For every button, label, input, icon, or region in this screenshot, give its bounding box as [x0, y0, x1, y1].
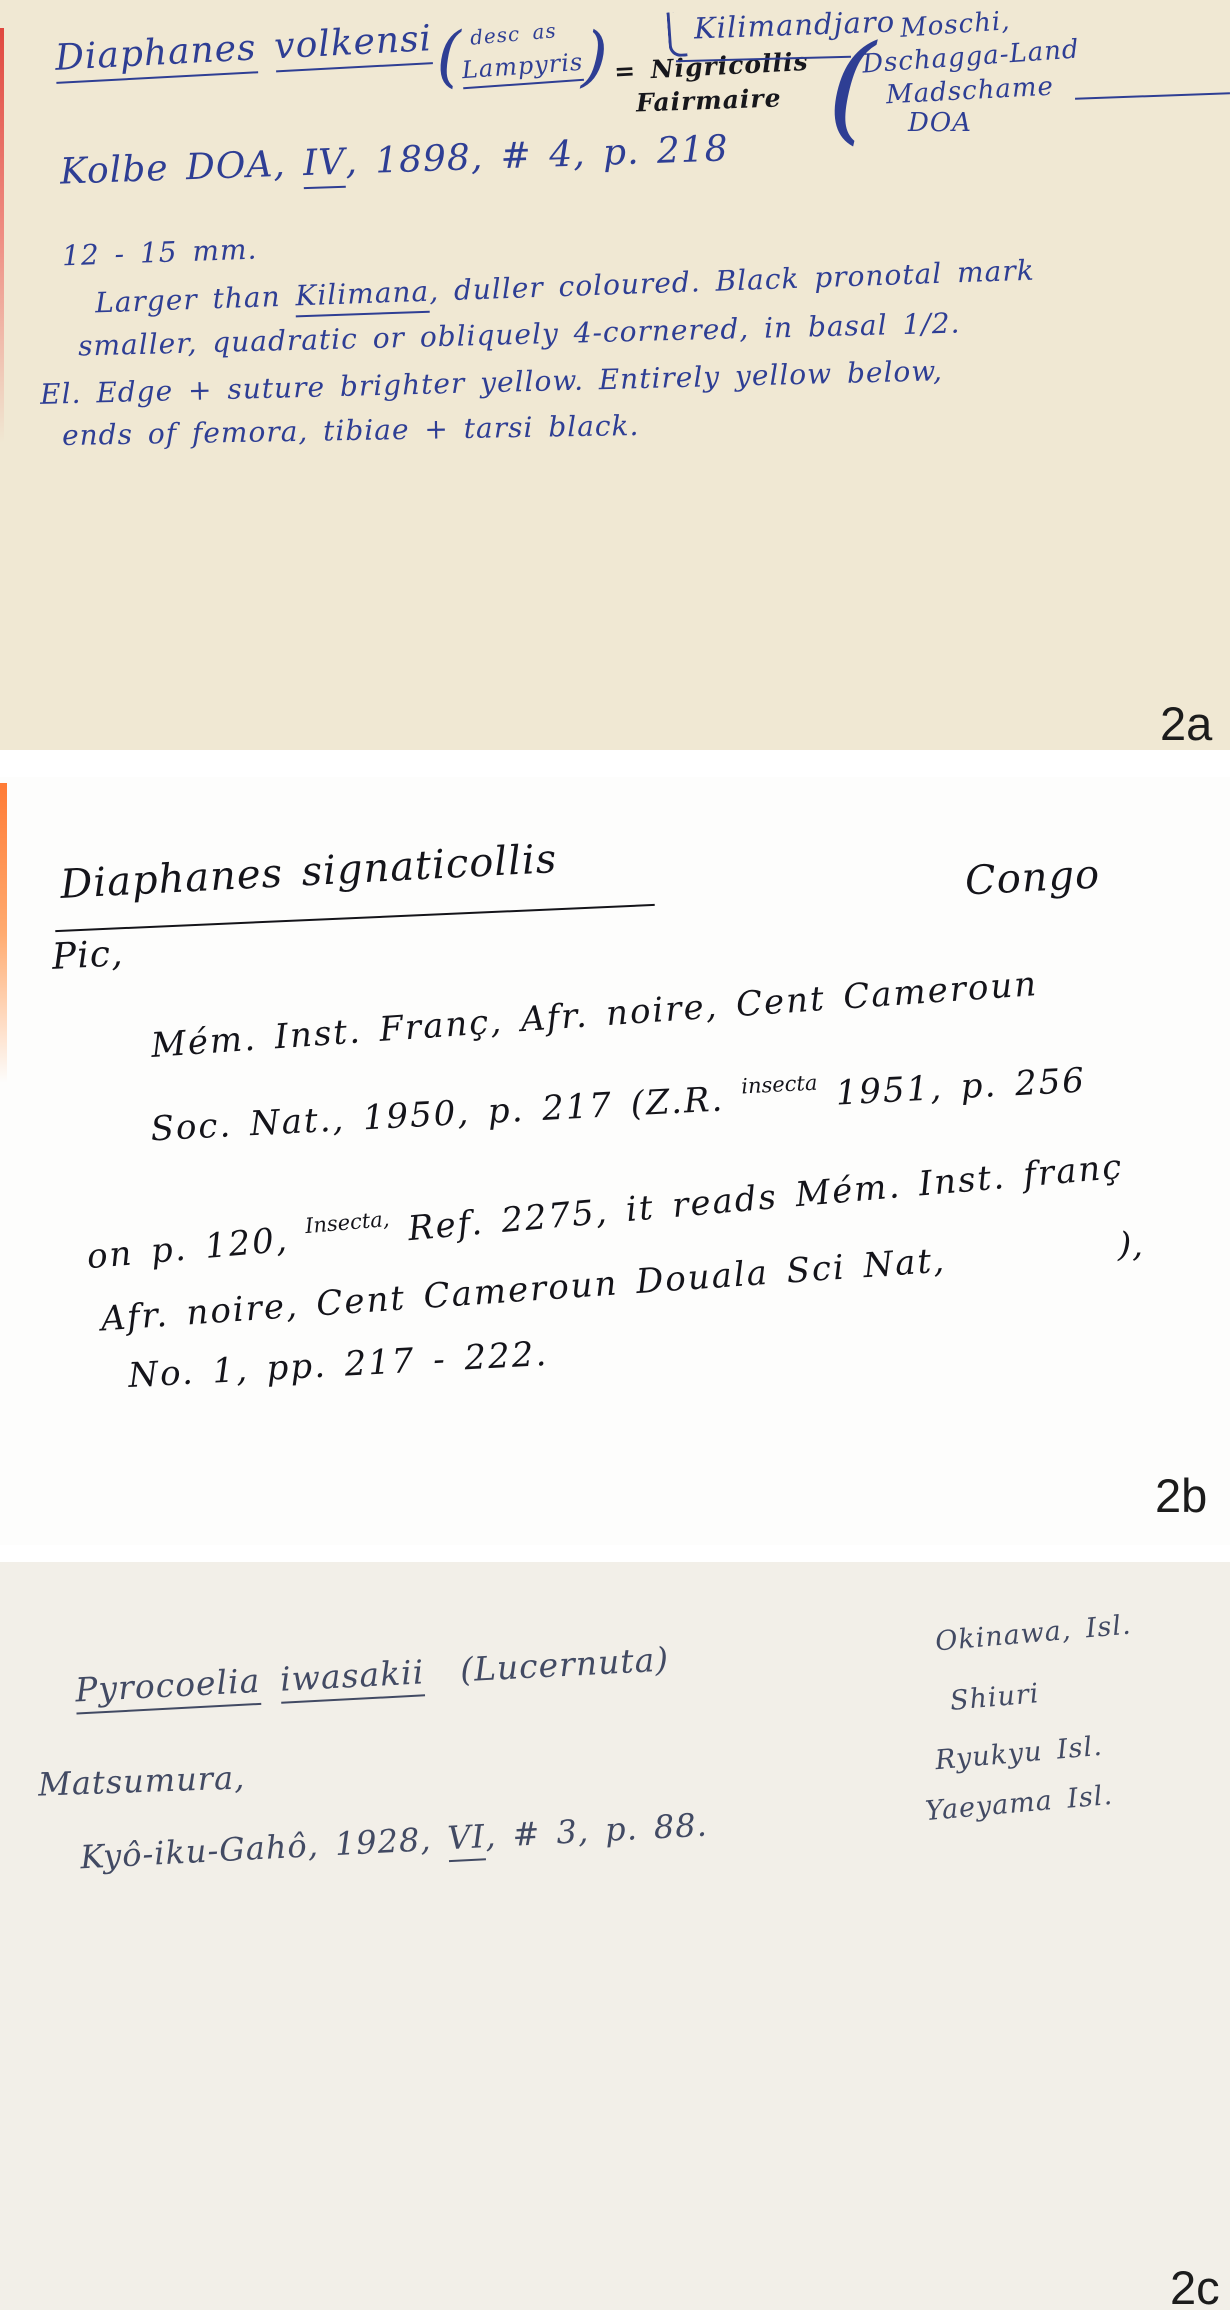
- genus-name-2c: Pyrocoelia: [74, 1661, 261, 1715]
- description-1c: , duller coloured. Black pronotal mark: [429, 254, 1036, 308]
- species-title-row-2a: Diaphanes volkensi: [54, 18, 433, 84]
- subgenus-note-2c: (Lucernuta): [459, 1639, 670, 1689]
- description-1b-underlined: Kilimana: [295, 275, 430, 318]
- locality-line-3-2c: Ryukyu Isl.: [934, 1731, 1104, 1777]
- reference-volume: IV: [302, 142, 346, 189]
- desc-as-note: desc as: [469, 18, 557, 49]
- locality-line-1: Moschi,: [899, 6, 1011, 44]
- card-edge-red-strip: [0, 28, 4, 443]
- reference-3b: Ref. 2275, it reads Mém. Inst. franç: [389, 1147, 1125, 1251]
- locality-2b: Congo: [964, 851, 1101, 904]
- reference-post-2c: , # 3, p. 88.: [484, 1806, 708, 1856]
- description-1a: Larger than: [95, 279, 296, 319]
- locality-bracket-mark: [666, 11, 687, 57]
- author-2c: Matsumura,: [37, 1758, 245, 1803]
- reference-row-2c: Kyô-iku-Gahô, 1928, VI , # 3, p. 88.: [79, 1806, 709, 1882]
- reference-line-3-2b: on p. 120, Insecta, Ref. 2275, it reads …: [85, 1147, 1125, 1277]
- figure-label-2a: 2a: [1160, 696, 1212, 751]
- synonym-note-line2: Fairmaire: [636, 83, 782, 117]
- figure-label-2c: 2c: [1170, 2260, 1220, 2310]
- desc-name: Lampyris: [461, 48, 584, 89]
- locality-line-4-2c: Yaeyama Isl.: [924, 1780, 1114, 1827]
- card-edge-orange-strip: [0, 783, 7, 1083]
- description-line-3: El. Edge + suture brighter yellow. Entir…: [40, 354, 944, 411]
- reference-post: , 1898, # 4, p. 218: [345, 128, 730, 182]
- index-card-2b: Diaphanes signaticollis Congo Pic, Mém. …: [0, 777, 1230, 1545]
- index-card-2c: Pyrocoelia iwasakii (Lucernuta) Okinawa,…: [0, 1562, 1230, 2310]
- reference-superscript-insecta: insecta: [741, 1071, 818, 1099]
- reference-row-2a: Kolbe DOA, IV , 1898, # 4, p. 218: [59, 128, 729, 197]
- reference-volume-2c: VI: [447, 1817, 487, 1862]
- reference-2b: 1951, p. 256: [817, 1061, 1087, 1115]
- reference-superscript-insecta-2: Insecta,: [304, 1207, 390, 1238]
- figure-page: Diaphanes volkensi ( desc as Lampyris ) …: [0, 0, 1230, 2310]
- locality-flourish-stroke: [1075, 92, 1230, 99]
- size-line: 12 - 15 mm.: [61, 233, 257, 273]
- reference-2a: Soc. Nat., 1950, p. 217 (Z.R.: [150, 1079, 743, 1150]
- reference-3a: on p. 120,: [85, 1218, 308, 1277]
- reference-pre-2c: Kyô-iku-Gahô, 1928,: [79, 1819, 448, 1876]
- index-card-2a: Diaphanes volkensi ( desc as Lampyris ) …: [0, 0, 1230, 750]
- author-2b: Pic,: [51, 933, 124, 978]
- reference-line-1-2b: Mém. Inst. Franç, Afr. noire, Cent Camer…: [150, 964, 1040, 1066]
- synonym-note-line1: = Nigricollis: [613, 47, 809, 86]
- desc-paren-open: (: [435, 18, 464, 96]
- locality-line-1-2c: Okinawa, Isl.: [934, 1609, 1133, 1657]
- reference-line-5-2b: No. 1, pp. 217 - 222.: [127, 1334, 549, 1396]
- desc-name-row: Lampyris: [461, 48, 584, 89]
- reference-line-2-2b: Soc. Nat., 1950, p. 217 (Z.R. insecta 19…: [150, 1061, 1087, 1150]
- species-title-2b: Diaphanes signaticollis: [59, 836, 558, 908]
- species-name-2c: iwasakii: [279, 1652, 425, 1703]
- title-underline-stroke-2b: [55, 904, 655, 932]
- description-line-4: ends of femora, tibiae + tarsi black.: [62, 409, 640, 452]
- reference-close-paren: ),: [1118, 1225, 1144, 1265]
- species-title-row-2c: Pyrocoelia iwasakii (Lucernuta): [74, 1639, 670, 1714]
- locality-line-3: Madschame: [885, 72, 1054, 111]
- reference-pre: Kolbe DOA,: [59, 143, 303, 192]
- genus-name-2a: Diaphanes: [54, 27, 258, 83]
- locality-line-2-2c: Shiuri: [949, 1678, 1041, 1717]
- locality-line-4: DOA: [908, 108, 972, 138]
- species-name-2a: volkensi: [273, 18, 433, 72]
- figure-label-2b: 2b: [1155, 1468, 1207, 1523]
- desc-paren-close: ): [581, 18, 610, 96]
